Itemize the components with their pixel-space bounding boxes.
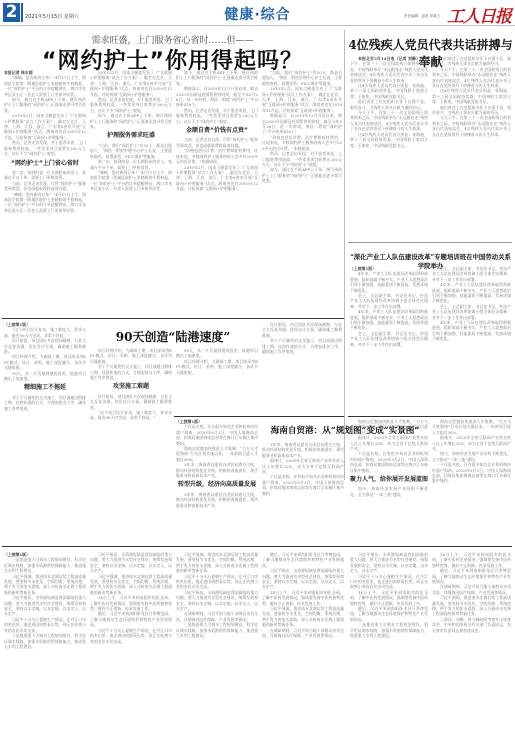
lead-paragraph: 如今，通过在手机APP上下单，便可预约护士上门服务的“网约护士”正逐渐走进寻常百…: [4, 97, 86, 113]
story-paragraph: 据统计，2020年全省互联网产业营业收入比上年增长32%，成为全省千亿级互联网产…: [262, 458, 344, 474]
story-paragraph: 他们讲述了在党组织关怀下自强不息、艰苦奋斗，为残疾人事业贡献力量的经历。: [432, 105, 511, 116]
story-paragraph: 习近平指出，水资源短缺是我国面临的重大问题，要大力推进节水型社会建设，统筹发展和…: [90, 552, 172, 574]
lead-paragraph: “价格包括出诊费、治疗费和耗材费用，比较来说，多数网约护士服务的病人会多付200…: [262, 135, 342, 151]
hainan-column-3: 海南自贸港加快推进人才集聚，“百万人才进海南”行动计划实施以来，一年时间引进人才…: [350, 419, 428, 533]
story-paragraph: 设计阶段，项目团队多次现场踏勘，与业主方反复沟通，优化设计方案，确保施工顺利推进…: [90, 394, 172, 410]
story-paragraph: 习近平强调，推进南水北调后续工程高质量发展，要坚持节水优先、空间均衡、系统治理、…: [4, 574, 86, 596]
bottom-column-6: 14日上午，习近平来到南阳市的医圣祠，了解中医药发展情况，强调要发扬中医药独特优…: [432, 552, 511, 746]
section-divider: [348, 416, 512, 417]
bottom-column-5: 习近平指出，水资源短缺是我国面临的重大问题，要大力推进节水型社会建设，统筹发展和…: [350, 552, 428, 746]
story-paragraph: 不仅是名校，还有很多知名企业和机构纷纷落户海南。2020年9月3日，中国人保海南…: [262, 474, 344, 496]
story-paragraph: 会上，全总副主席、书记处书记，传达产业工人队伍建设改革协调小组全体会议精神，并对…: [350, 331, 428, 347]
lead-paragraph: 当前，记者走访发现，尽管“网约护士”服务受到欢迎，但也面临收费较高的问题。: [4, 181, 86, 192]
story-paragraph: “这个项目设计复杂，施工难度大，要求又高，能在90天内完成，非常不容易。”: [4, 327, 86, 338]
story-paragraph: 如今，海南经济发展产业结构不断优化，全力推动“一本三基”建设。: [350, 486, 428, 497]
lead-column-2: 2019年2月，国家卫健委发布了《“互联网+护理服务”试点工作方案》，确定在北京…: [90, 70, 172, 298]
lead-paragraph: 然而，记者走访发现，对于患者来说，上门服务费用较高，一些常见项目收费在200元左…: [262, 151, 342, 167]
lead-paragraph: “目前，我们“网约护士”有50人，都是自愿加入，“海医一附院护理中心护士长说，主…: [262, 70, 342, 86]
bottom-column-1: （上接第1版） 三是推进重大引调水工程规划建设，科学论证调水线路，加强水资源供给…: [4, 552, 86, 746]
lead-paragraph: “目前，我们“网约护士”有50人，都是自愿加入，“海医一附院护理中心护士长说，主…: [90, 143, 172, 159]
story-paragraph: 海南自贸港加快推进人才集聚，“百万人才进海南”行动计划实施以来，一年时间引进人才…: [176, 446, 258, 462]
story-paragraph: 习近平十分关心夏粮生产情况，在丹江口市的麦田里，他走进田间察看长势，同正在收割小…: [176, 574, 258, 590]
story-paragraph: 14日上午，习近平来到南阳市的医圣祠，了解中医药发展情况，强调要发扬中医药独特优…: [350, 590, 428, 606]
story-paragraph: 90天，从一片荒地到建成投用，陆港项目跑出了加速度。: [4, 371, 86, 382]
story-paragraph: 3年来，海南省以建设自由贸易港为主线，推动经济结构优化升级，积极培育旅游业、现代…: [176, 462, 258, 478]
story-paragraph: 这4位残疾人党员代表分别是：张海迪，第十三届全国政协常委、中国残联主席团主席；王…: [432, 88, 511, 104]
story-paragraph: 对于不可避免的交叉施工，项目部通过倒排工期、挂图作战的方式，合理安排各工序，确保…: [90, 364, 172, 380]
lead-paragraph: 数据显示，自2019年12月开设以来，除去2020年因新冠疫情暂停的时间，截至今…: [262, 113, 342, 135]
disabled-members-column-1: 本报北京5月14日电（记者 刘静）今天下午，在第三十一次全国助残日即将到来之际，…: [350, 56, 428, 236]
story-paragraph: 14日上午，习近平来到南阳市的医圣祠，了解中医药发展情况，强调要发扬中医药独特优…: [262, 590, 344, 606]
story-paragraph: 习近平强调，推进南水北调后续工程高质量发展，要坚持节水优先、空间均衡、系统治理、…: [176, 552, 258, 574]
story-paragraph: 设计阶段，项目团队多次现场踏勘，与业主方反复沟通，优化设计方案，确保施工顺利推进…: [262, 322, 342, 338]
story-paragraph: 随后，习近平来到南阳卧龙区月季博览园，了解当地推动生态环境保护和特色产业发展情况…: [90, 611, 172, 627]
lead-paragraph: 2019年2月，国家卫健委发布了《“互联网+护理服务”试点工作方案》，确定在北京…: [4, 113, 86, 140]
lead-paragraph: “嘀嘀，您有新的订单！”4月17日上午，海南医学院第一附属医院护士张晓娟的手机响…: [4, 75, 86, 97]
story-paragraph: 三是推进重大引调水工程规划建设，科学论证调水线路，加强水资源供给保障能力，推进重…: [176, 622, 258, 638]
lead-subhead-3: 金额自费“价钱有点贵”: [176, 128, 258, 133]
lugang-column-1: （上接第1版） “这个项目设计复杂，施工难度大，要求又高，能在90天内完成，非常…: [4, 322, 86, 508]
hainan-column-4: 海南自贸港加快推进人才集聚，“百万人才进海南”行动计划实施以来，一年时间引进人才…: [432, 419, 511, 533]
story-paragraph: 不仅是名校，还有很多知名企业和机构纷纷落户海南。2020年9月3日，中国人保海南…: [176, 424, 258, 446]
section-divider: [348, 242, 512, 243]
story-paragraph: 在调研期间，习近平同当地干部群众亲切交流，详细询问医疗保障、产业发展等情况。: [176, 611, 258, 622]
story-paragraph: 随后，习近平来到南阳卧龙区月季博览园，了解当地推动生态环境保护和特色产业发展情况…: [262, 552, 344, 568]
section-divider: [174, 416, 344, 417]
story-paragraph: 习近平强调，推进南水北调后续工程高质量发展，要坚持节水优先、空间均衡、系统治理、…: [262, 606, 344, 628]
story-paragraph: 习近平强调，推进南水北调后续工程高质量发展，要坚持节水优先、空间均衡、系统治理、…: [432, 595, 511, 617]
disabled-members-column-2: 他们讲述了在党组织关怀下自强不息、艰苦奋斗，为残疾人事业贡献力量的经历。 今天下…: [432, 56, 511, 236]
newspaper-logo: 工人日报: [447, 2, 511, 27]
story-paragraph: 随后，习近平来到南阳卧龙区月季博览园，了解当地推动生态环境保护和特色产业发展情况…: [432, 568, 511, 584]
story-paragraph: 设计阶段，项目团队多次现场踏勘，与业主方反复沟通，优化设计方案，确保施工顺利推进…: [4, 338, 86, 354]
lead-subhead-2: 护理服务需求旺盛: [90, 133, 172, 138]
lead-paragraph: 2019年2月，国家卫健委发布了《“互联网+护理服务”试点工作方案》，确定在北京…: [176, 165, 258, 192]
story-paragraph: 习近平十分关心夏粮生产情况，在丹江口市的麦田里，他走进田间察看长势，同正在收割小…: [4, 617, 86, 633]
lead-paragraph: 然而，记者走访发现，对于患者来说，上门服务费用较高，一些常见项目收费在200元左…: [90, 97, 172, 113]
story-paragraph: 项目经理介绍，为确保工期，项目部采用EPC模式，设计、采购、施工深度融合，各环节…: [90, 348, 172, 364]
lead-paragraph: “价格包括出诊费、治疗费和耗材费用，比较来说，多数网约护士服务的病人会多付200…: [176, 148, 258, 164]
story-paragraph: 习近平指出，水资源短缺是我国面临的重大问题，要大力推进节水型社会建设，统筹发展和…: [4, 595, 86, 617]
story-paragraph: 今天下午，在第三十一次全国助残日即将到来之际，中国残联举办“永远跟党走”残疾人党…: [432, 67, 511, 89]
hainan-column-2: 3年来，海南省以建设自由贸易港为主线，推动经济结构优化升级，积极培育旅游业、现代…: [262, 442, 344, 542]
story-paragraph: 3年来，海南省以建设自由贸易港为主线，推动经济结构优化升级，积极培育旅游业、现代…: [176, 492, 258, 508]
hainan-column-1: （上接第1版） 不仅是名校，还有很多知名企业和机构纷纷落户海南。2020年9月3…: [176, 419, 258, 519]
hainan-subhead-1: 转型升级，经济向高质量发展: [176, 482, 258, 487]
lead-paragraph: 第二次，接到的是一位长期卧床的老人，家属在平台下单，需要上门更换胃管。: [90, 159, 172, 170]
story-paragraph: 14日上午，习近平来到南阳市的医圣祠，了解中医药发展情况，强调要发扬中医药独特优…: [90, 595, 172, 611]
story-paragraph: 14日上午，习近平来到南阳市的医圣祠，了解中医药发展情况，强调要发扬中医药独特优…: [432, 552, 511, 568]
story-paragraph: 习近平指出，水资源短缺是我国面临的重大问题，要大力推进节水型社会建设，统筹发展和…: [262, 568, 344, 590]
story-paragraph: 在调研期间，习近平同当地干部群众亲切交流，详细询问医疗保障、产业发展等情况。: [432, 584, 511, 595]
masthead: 2 2021年5月15日 星期六 健康·综合 责任编辑：赵崑 邓崴大 工人日报: [0, 0, 515, 26]
column-divider: [344, 30, 345, 480]
story-paragraph: 4年来，产业工人队伍建设改革取得积极进展，组织基础不断夯实，产业工人思想政治引领…: [432, 320, 511, 342]
story-paragraph: 三是推进重大引调水工程规划建设，科学论证调水线路，加强水资源供给保障能力，推进重…: [4, 557, 86, 573]
hainan-subhead-2: 聚力人气，给你展开发展蓝图: [350, 477, 428, 482]
story-paragraph: 习近平指出，水资源短缺是我国面临的重大问题，要大力推进节水型社会建设，统筹发展和…: [350, 552, 428, 574]
bottom-column-2: 习近平指出，水资源短缺是我国面临的重大问题，要大力推进节水型社会建设，统筹发展和…: [90, 552, 172, 746]
bottom-column-3: 习近平强调，推进南水北调后续工程高质量发展，要坚持节水优先、空间均衡、系统治理、…: [176, 552, 258, 746]
lugang-column-4: 设计阶段，项目团队多次现场踏勘，与业主方反复沟通，优化设计方案，确保施工顺利推进…: [262, 322, 342, 396]
story-paragraph: “这个项目设计复杂，施工难度大，要求又高，能在90天内完成，非常不容易。”: [90, 410, 172, 421]
lead-paragraph: 第二次，接到的是一位长期卧床的老人，家属在平台下单，需要上门更换胃管。: [4, 170, 86, 181]
story-paragraph: 不仅是名校，还有很多知名企业和机构纷纷落户海南。2020年9月3日，中国人保海南…: [350, 451, 428, 473]
lugang-column-3: 90天，从一片荒地到建成投用，陆港项目跑出了加速度。 项目经理介绍，为确保工期，…: [176, 348, 258, 396]
story-paragraph: 对于不可避免的交叉施工，项目部通过倒排工期、挂图作战的方式，合理安排各工序，确保…: [4, 395, 86, 411]
story-paragraph: 习近平十分关心夏粮生产情况，在丹江口市的麦田里，他走进田间察看长势，同正在收割小…: [90, 628, 172, 644]
lead-paragraph: 如今，通过在手机APP上下单，便可预约护士上门服务的“网约护士”正逐渐走进寻常百…: [90, 113, 172, 129]
story-paragraph: 不仅是名校，还有很多知名企业和机构纷纷落户海南。2020年9月3日，中国人保海南…: [432, 462, 511, 484]
lead-paragraph: 如今，通过在手机APP上下单，便可预约护士上门服务的“网约护士”正逐渐走进寻常百…: [262, 167, 342, 183]
story-paragraph: 今天下午，在第三十一次全国助残日即将到来之际，中国残联举办“永远跟党走”残疾人党…: [432, 115, 511, 137]
story-paragraph: 3年来，海南省以建设自由贸易港为主线，推动经济结构优化升级，积极培育旅游业、现代…: [262, 442, 344, 458]
lead-paragraph: “嘀嘀，您有新的订单！”4月17日上午，海南医学院第一附属医院护士张晓娟的手机响…: [4, 192, 86, 214]
story-paragraph: 丁薛祥、刘鹤、何立峰陪同考察并出席座谈会，中央和国家机关有关部门负责同志，有关省…: [432, 617, 511, 633]
story-paragraph: 这4位残疾人党员代表分别是：张海迪，第十三届全国政协常委、中国残联主席团主席；王…: [350, 83, 428, 99]
story-paragraph: 海南自贸港加快推进人才集聚，“百万人才进海南”行动计划实施以来，一年时间引进人才…: [350, 419, 428, 435]
story-paragraph: 在调研期间，习近平同当地干部群众亲切交流，详细询问医疗保障、产业发展等情况。: [262, 628, 344, 639]
story-paragraph: 他们讲述了在党组织关怀下自强不息、艰苦奋斗，为残疾人事业贡献力量的经历。: [432, 56, 511, 67]
dateline: 本报北京5月14日电（记者 刘静）: [358, 56, 420, 61]
lead-paragraph: 2019年2月，国家卫健委发布了《“互联网+护理服务”试点工作方案》，确定在北京…: [90, 70, 172, 97]
lead-paragraph: “嘀嘀，您有新的订单！”4月17日上午，海南医学院第一附属医院护士张晓娟的手机响…: [90, 170, 172, 192]
lugang-subhead-1: 精细施工不拖延: [4, 385, 86, 390]
story-paragraph: 据统计，2020年全省互联网产业营业收入比上年增长32%，成为全省千亿级互联网产…: [432, 435, 511, 451]
story-paragraph: 习近平十分关心夏粮生产情况，在丹江口市的麦田里，他走进田间察看长势，同正在收割小…: [350, 574, 428, 590]
story-paragraph: 4年来，产业工人队伍建设改革取得积极进展，组织基础不断夯实，产业工人思想政治引领…: [350, 271, 428, 293]
lead-paragraph: 然而，记者走访发现，对于患者来说，上门服务费用较高，一些常见项目收费在200元左…: [4, 140, 86, 156]
lugang-subhead-2: 攻坚施工难题: [90, 384, 172, 389]
story-paragraph: 习近平指出，水资源短缺是我国面临的重大问题，要大力推进节水型社会建设，统筹发展和…: [176, 590, 258, 612]
story-paragraph: 会上，全总副主席、书记处书记，传达产业工人队伍建设改革协调小组全体会议精神，并对…: [432, 304, 511, 320]
editors-credit: 责任编辑：赵崑 邓崴大: [404, 14, 440, 19]
story-paragraph: 4年来，产业工人队伍建设改革取得积极进展，组织基础不断夯实，产业工人思想政治引领…: [432, 282, 511, 304]
section-divider: [2, 546, 512, 547]
lead-column-1: 本报记者 林水园 “嘀嘀，您有新的订单！”4月17日上午，海南医学院第一附属医院…: [4, 70, 86, 298]
story-paragraph: 他们讲述了在党组织关怀下自强不息、艰苦奋斗，为残疾人事业贡献力量的经历。: [350, 99, 428, 110]
lead-paragraph: 数据显示，自2019年12月开设以来，除去2020年因新冠疫情暂停的时间，截至今…: [176, 86, 258, 108]
lead-paragraph: 如今，通过在手机APP上下单，便可预约护士上门服务的“网约护士”正逐渐走进寻常百…: [176, 70, 258, 86]
lead-paragraph: 当前，记者走访发现，尽管“网约护士”服务受到欢迎，但也面临收费较高的问题。: [176, 137, 258, 148]
story-paragraph: 随后，习近平来到南阳卧龙区月季博览园，了解当地推动生态环境保护和特色产业发展情况…: [350, 606, 428, 622]
story-paragraph: 三是推进重大引调水工程规划建设，科学论证调水线路，加强水资源供给保障能力，推进重…: [4, 633, 86, 649]
story-paragraph: 会上，全总副主席、书记处书记，传达产业工人队伍建设改革协调小组全体会议精神，并对…: [432, 266, 511, 282]
lugang-column-2: 项目经理介绍，为确保工期，项目部采用EPC模式，设计、采购、施工深度融合，各环节…: [90, 348, 172, 508]
story-paragraph: 对于不可避免的交叉施工，项目部通过倒排工期、挂图作战的方式，合理安排各工序，确保…: [262, 338, 342, 354]
lead-subhead-1: “网约护士”上门省心省时: [4, 161, 86, 166]
story-paragraph: 项目经理介绍，为确保工期，项目部采用EPC模式，设计、采购、施工深度融合，各环节…: [176, 359, 258, 375]
story-paragraph: 会上，全总副主席、书记处书记，传达产业工人队伍建设改革协调小组全体会议精神，并对…: [350, 293, 428, 309]
lead-paragraph: 然而，记者走访发现，对于患者来说，上门服务费用较高，一些常见项目收费在200元左…: [176, 108, 258, 124]
lead-column-4: “目前，我们“网约护士”有50人，都是自愿加入，“海医一附院护理中心护士长说，主…: [262, 70, 342, 298]
story-paragraph: 据统计，2020年全省互联网产业营业收入比上年增长32%，成为全省千亿级互联网产…: [350, 435, 428, 451]
story-paragraph: 项目经理介绍，为确保工期，项目部采用EPC模式，设计、采购、施工深度融合，各环节…: [4, 354, 86, 370]
section-divider: [2, 318, 344, 319]
lead-paragraph: 2019年2月，国家卫健委发布了《“互联网+护理服务”试点工作方案》，确定在北京…: [262, 86, 342, 113]
story-paragraph: 4年来，产业工人队伍建设改革取得积极进展，组织基础不断夯实，产业工人思想政治引领…: [350, 309, 428, 331]
lugang-headline: 90天创造“陆港速度”: [88, 328, 258, 345]
lead-column-3: 如今，通过在手机APP上下单，便可预约护士上门服务的“网约护士”正逐渐走进寻常百…: [176, 70, 258, 298]
story-paragraph: 海南自贸港加快推进人才集聚，“百万人才进海南”行动计划实施以来，一年时间引进人才…: [432, 419, 511, 435]
story-paragraph: 90天，从一片荒地到建成投用，陆港项目跑出了加速度。: [176, 348, 258, 359]
story-paragraph: 习近平强调，推进南水北调后续工程高质量发展，要坚持节水优先、空间均衡、系统治理、…: [90, 574, 172, 596]
story-paragraph: 这4位残疾人党员代表分别是：张海迪，第十三届全国政协常委、中国残联主席团主席；王…: [350, 132, 428, 148]
story-paragraph: 如今，海南经济发展产业结构不断优化，全力推动“一本三基”建设。: [432, 451, 511, 462]
bottom-column-4: 随后，习近平来到南阳卧龙区月季博览园，了解当地推动生态环境保护和特色产业发展情况…: [262, 552, 344, 746]
story-paragraph: 今天下午，在第三十一次全国助残日即将到来之际，中国残联举办“永远跟党走”残疾人党…: [350, 110, 428, 132]
story-paragraph: 三是推进重大引调水工程规划建设，科学论证调水线路，加强水资源供给保障能力，推进重…: [350, 622, 428, 638]
